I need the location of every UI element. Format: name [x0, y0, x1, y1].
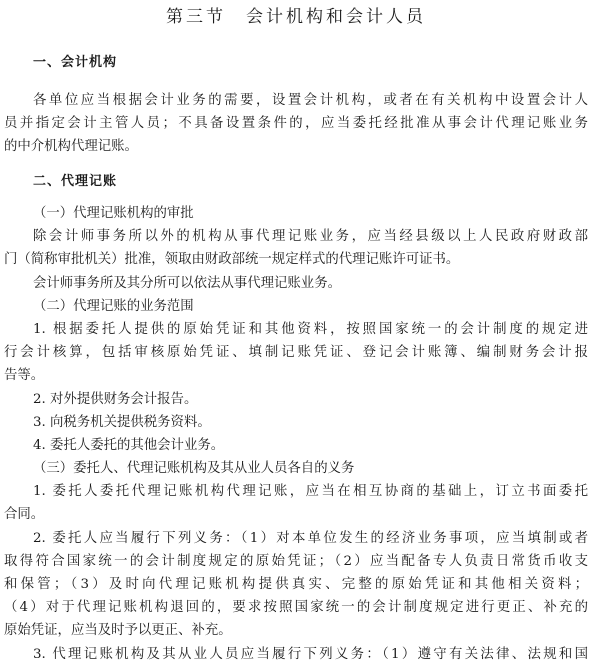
text-line: 行会计核算，包括审核原始凭证、填制记账凭证、登记会计账簿、编制财务会计报: [4, 341, 588, 364]
list-item-1: 1. 根据委托人提供的原始凭证和其他资料，按照国家统一的会计制度的规定进: [4, 318, 588, 341]
text-line: 除会计师事务所以外的机构从事代理记账业务，应当经县级以上人民政府财政部: [4, 225, 588, 248]
list-item-4: 4. 委托人委托的其他会计业务。: [4, 434, 588, 457]
list-item-3: 3. 向税务机关提供税务资料。: [4, 411, 588, 434]
text-line: 原始凭证，应当及时予以更正、补充。: [4, 619, 588, 642]
list-item-2: 2. 对外提供财务会计报告。: [4, 388, 588, 411]
text-line: 合同。: [4, 503, 588, 526]
text-line: （4）对于代理记账机构退回的，要求按照国家统一的会计制度规定进行更正、补充的: [4, 596, 588, 619]
text-line: 取得符合国家统一的会计制度规定的原始凭证；（2）应当配备专人负责日常货币收支: [4, 550, 588, 573]
text-line: 门（简称审批机关）批准，领取由财政部统一规定样式的代理记账许可证书。: [4, 248, 588, 271]
subheading-business-scope: （二）代理记账的业务范围: [4, 295, 588, 318]
text-line: 告等。: [4, 364, 588, 387]
list-item-1: 1. 委托人委托代理记账机构代理记账，应当在相互协商的基础上，订立书面委托: [4, 480, 588, 503]
text-line: 员并指定会计主管人员；不具备设置条件的，应当委托经批准从事会计代理记账业务: [4, 112, 588, 135]
section-heading-accounting-organization: 一、会计机构: [33, 53, 117, 73]
text-line: 会计师事务所及其分所可以依法从事代理记账业务。: [4, 272, 588, 295]
text-line: 的中介机构代理记账。: [4, 135, 588, 158]
list-item-3: 3. 代理记账机构及其从业人员应当履行下列义务：（1）遵守有关法律、法规和国: [4, 643, 588, 666]
page-title: 第三节 会计机构和会计人员: [0, 4, 592, 30]
list-item-2: 2. 委托人应当履行下列义务：（1）对本单位发生的经济业务事项，应当填制或者: [4, 527, 588, 550]
text-line: 各单位应当根据会计业务的需要，设置会计机构，或者在有关机构中设置会计人: [4, 89, 588, 112]
subheading-approval: （一）代理记账机构的审批: [4, 202, 588, 225]
subheading-obligations: （三）委托人、代理记账机构及其从业人员各自的义务: [4, 457, 588, 480]
section-heading-bookkeeping-agency: 二、代理记账: [33, 172, 117, 192]
text-line: 和保管；（3）及时向代理记账机构提供真实、完整的原始凭证和其他相关资料；: [4, 573, 588, 596]
paragraph-accounting-organization: 各单位应当根据会计业务的需要，设置会计机构，或者在有关机构中设置会计人 员并指定…: [4, 89, 588, 159]
body-bookkeeping-agency: （一）代理记账机构的审批 除会计师事务所以外的机构从事代理记账业务，应当经县级以…: [4, 202, 588, 666]
